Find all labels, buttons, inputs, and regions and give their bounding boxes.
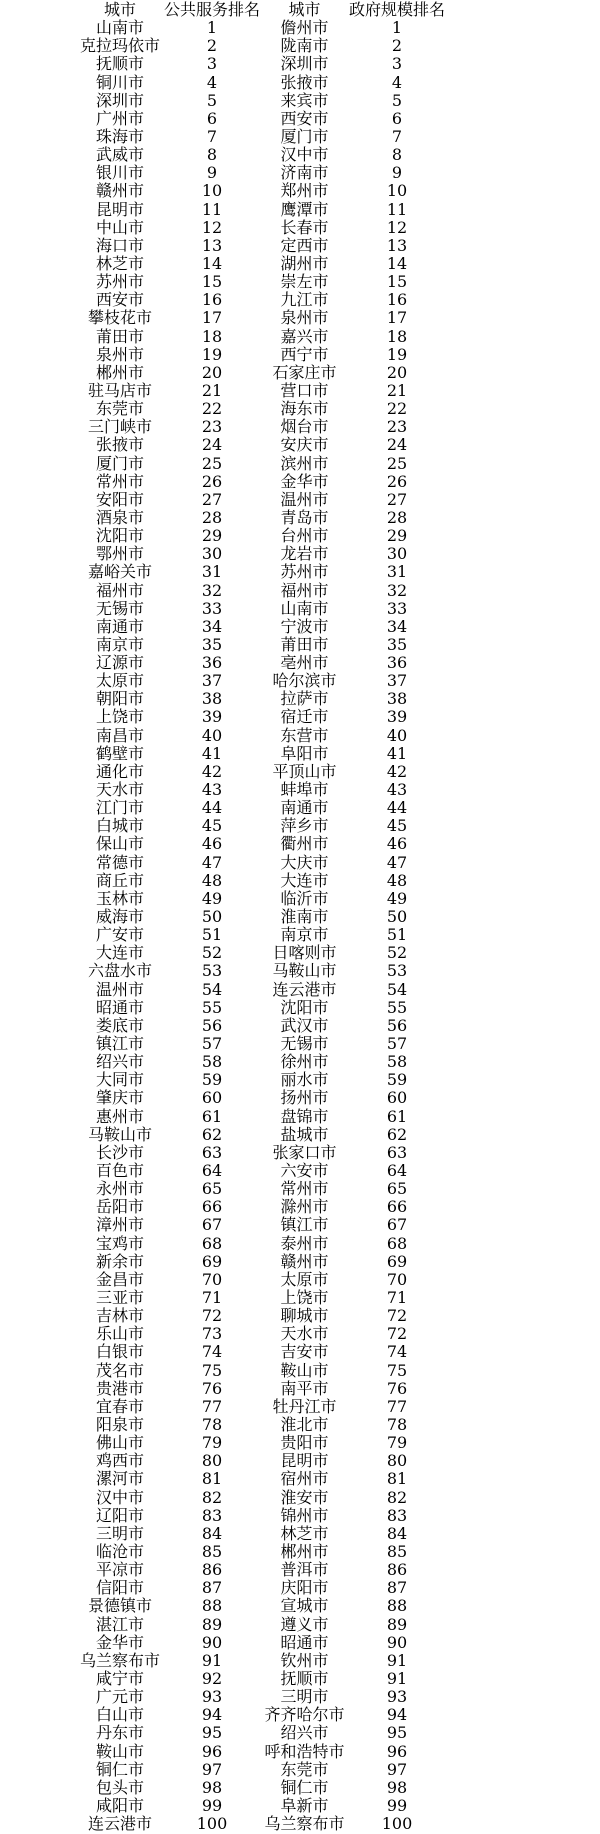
- city-cell-left: 广安市: [76, 926, 164, 944]
- public-service-rank-cell: 46: [164, 835, 260, 853]
- public-service-rank-cell: 39: [164, 708, 260, 726]
- table-row: 莆田市18嘉兴市18: [76, 328, 445, 346]
- table-row: 吉林市72聊城市72: [76, 1307, 445, 1325]
- table-row: 辽阳市83锦州市83: [76, 1507, 445, 1525]
- city-cell-right: 无锡市: [260, 1035, 349, 1053]
- public-service-rank-cell: 68: [164, 1235, 260, 1253]
- government-scale-rank-cell: 32: [349, 582, 445, 600]
- government-scale-rank-cell: 26: [349, 473, 445, 491]
- city-cell-left: 金华市: [76, 1634, 164, 1652]
- city-cell-right: 宿州市: [260, 1470, 349, 1488]
- public-service-rank-cell: 76: [164, 1380, 260, 1398]
- table-row: 金华市90昭通市90: [76, 1634, 445, 1652]
- city-cell-right: 钦州市: [260, 1652, 349, 1670]
- table-row: 乐山市73天水市72: [76, 1325, 445, 1343]
- table-row: 鹤壁市41阜阳市41: [76, 745, 445, 763]
- public-service-rank-cell: 58: [164, 1053, 260, 1071]
- public-service-rank-cell: 85: [164, 1543, 260, 1561]
- public-service-rank-cell: 8: [164, 146, 260, 164]
- public-service-rank-cell: 5: [164, 92, 260, 110]
- table-row: 威海市50淮南市50: [76, 908, 445, 926]
- city-cell-right: 呼和浩特市: [260, 1743, 349, 1761]
- city-cell-right: 六安市: [260, 1162, 349, 1180]
- city-cell-left: 包头市: [76, 1779, 164, 1797]
- table-row: 马鞍山市62盐城市62: [76, 1126, 445, 1144]
- city-cell-left: 辽源市: [76, 654, 164, 672]
- city-cell-left: 昭通市: [76, 999, 164, 1017]
- table-row: 郴州市20石家庄市20: [76, 364, 445, 382]
- government-scale-rank-cell: 24: [349, 436, 445, 454]
- table-row: 朝阳市38拉萨市38: [76, 690, 445, 708]
- table-row: 连云港市100乌兰察布市100: [76, 1815, 445, 1833]
- public-service-rank-cell: 16: [164, 291, 260, 309]
- public-service-rank-cell: 78: [164, 1416, 260, 1434]
- table-row: 佛山市79贵阳市79: [76, 1434, 445, 1452]
- city-cell-right: 南通市: [260, 799, 349, 817]
- city-cell-right: 临沂市: [260, 890, 349, 908]
- table-row: 广州市6西安市6: [76, 110, 445, 128]
- city-cell-right: 营口市: [260, 382, 349, 400]
- city-cell-left: 上饶市: [76, 708, 164, 726]
- city-cell-right: 湖州市: [260, 255, 349, 273]
- city-cell-right: 遵义市: [260, 1616, 349, 1634]
- city-cell-left: 三亚市: [76, 1289, 164, 1307]
- government-scale-rank-cell: 19: [349, 346, 445, 364]
- table-row: 天水市43蚌埠市43: [76, 781, 445, 799]
- government-scale-rank-cell: 62: [349, 1126, 445, 1144]
- table-row: 六盘水市53马鞍山市53: [76, 962, 445, 980]
- city-cell-right: 莆田市: [260, 636, 349, 654]
- city-cell-right: 盘锦市: [260, 1108, 349, 1126]
- city-cell-right: 徐州市: [260, 1053, 349, 1071]
- city-cell-left: 阳泉市: [76, 1416, 164, 1434]
- city-cell-right: 厦门市: [260, 128, 349, 146]
- city-cell-right: 拉萨市: [260, 690, 349, 708]
- public-service-rank-cell: 75: [164, 1362, 260, 1380]
- public-service-rank-cell: 63: [164, 1144, 260, 1162]
- city-cell-right: 林芝市: [260, 1525, 349, 1543]
- city-cell-left: 漯河市: [76, 1470, 164, 1488]
- city-cell-right: 齐齐哈尔市: [260, 1706, 349, 1724]
- table-row: 包头市98铜仁市98: [76, 1779, 445, 1797]
- government-scale-rank-cell: 48: [349, 872, 445, 890]
- city-cell-right: 抚顺市: [260, 1670, 349, 1688]
- city-cell-right: 昆明市: [260, 1452, 349, 1470]
- table-row: 大连市52日喀则市52: [76, 944, 445, 962]
- government-scale-rank-cell: 61: [349, 1108, 445, 1126]
- government-scale-rank-cell: 6: [349, 110, 445, 128]
- city-cell-left: 抚顺市: [76, 55, 164, 73]
- table-row: 克拉玛依市2陇南市2: [76, 37, 445, 55]
- table-row: 山南市1儋州市1: [76, 19, 445, 37]
- public-service-rank-cell: 57: [164, 1035, 260, 1053]
- government-scale-rank-cell: 94: [349, 1706, 445, 1724]
- table-row: 攀枝花市17泉州市17: [76, 309, 445, 327]
- city-cell-left: 金昌市: [76, 1271, 164, 1289]
- city-cell-right: 张掖市: [260, 74, 349, 92]
- public-service-rank-cell: 62: [164, 1126, 260, 1144]
- public-service-rank-cell: 49: [164, 890, 260, 908]
- government-scale-rank-cell: 49: [349, 890, 445, 908]
- city-cell-left: 宜春市: [76, 1398, 164, 1416]
- public-service-rank-cell: 24: [164, 436, 260, 454]
- government-scale-rank-cell: 60: [349, 1089, 445, 1107]
- column-header-public-service-rank: 公共服务排名: [164, 1, 260, 19]
- government-scale-rank-cell: 30: [349, 545, 445, 563]
- government-scale-rank-cell: 7: [349, 128, 445, 146]
- city-cell-right: 吉安市: [260, 1343, 349, 1361]
- city-cell-right: 南京市: [260, 926, 349, 944]
- city-cell-right: 普洱市: [260, 1561, 349, 1579]
- public-service-rank-cell: 15: [164, 273, 260, 291]
- city-cell-left: 泉州市: [76, 346, 164, 364]
- table-row: 镇江市57无锡市57: [76, 1035, 445, 1053]
- table-row: 玉林市49临沂市49: [76, 890, 445, 908]
- city-cell-right: 平顶山市: [260, 763, 349, 781]
- public-service-rank-cell: 91: [164, 1652, 260, 1670]
- government-scale-rank-cell: 84: [349, 1525, 445, 1543]
- city-cell-right: 淮北市: [260, 1416, 349, 1434]
- government-scale-rank-cell: 1: [349, 19, 445, 37]
- government-scale-rank-cell: 72: [349, 1325, 445, 1343]
- government-scale-rank-cell: 15: [349, 273, 445, 291]
- government-scale-rank-cell: 20: [349, 364, 445, 382]
- government-scale-rank-cell: 85: [349, 1543, 445, 1561]
- public-service-rank-cell: 67: [164, 1216, 260, 1234]
- public-service-rank-cell: 14: [164, 255, 260, 273]
- government-scale-rank-cell: 59: [349, 1071, 445, 1089]
- city-cell-right: 郴州市: [260, 1543, 349, 1561]
- city-cell-left: 乐山市: [76, 1325, 164, 1343]
- government-scale-rank-cell: 90: [349, 1634, 445, 1652]
- public-service-rank-cell: 44: [164, 799, 260, 817]
- table-row: 白城市45萍乡市45: [76, 817, 445, 835]
- city-cell-right: 聊城市: [260, 1307, 349, 1325]
- city-cell-left: 大连市: [76, 944, 164, 962]
- public-service-rank-cell: 42: [164, 763, 260, 781]
- city-cell-left: 安阳市: [76, 491, 164, 509]
- public-service-rank-cell: 82: [164, 1489, 260, 1507]
- city-cell-left: 三门峡市: [76, 418, 164, 436]
- public-service-rank-cell: 98: [164, 1779, 260, 1797]
- city-cell-right: 台州市: [260, 527, 349, 545]
- table-row: 长沙市63张家口市63: [76, 1144, 445, 1162]
- government-scale-rank-cell: 40: [349, 727, 445, 745]
- city-cell-right: 绍兴市: [260, 1724, 349, 1742]
- government-scale-rank-cell: 13: [349, 237, 445, 255]
- public-service-rank-cell: 83: [164, 1507, 260, 1525]
- public-service-rank-cell: 96: [164, 1743, 260, 1761]
- public-service-rank-cell: 69: [164, 1253, 260, 1271]
- table-row: 赣州市10郑州市10: [76, 182, 445, 200]
- city-cell-left: 南通市: [76, 618, 164, 636]
- table-row: 福州市32福州市32: [76, 582, 445, 600]
- table-row: 林芝市14湖州市14: [76, 255, 445, 273]
- city-cell-left: 绍兴市: [76, 1053, 164, 1071]
- government-scale-rank-cell: 80: [349, 1452, 445, 1470]
- public-service-rank-cell: 38: [164, 690, 260, 708]
- table-row: 汉中市82淮安市82: [76, 1489, 445, 1507]
- table-row: 东莞市22海东市22: [76, 400, 445, 418]
- public-service-rank-cell: 1: [164, 19, 260, 37]
- table-row: 绍兴市58徐州市58: [76, 1053, 445, 1071]
- city-cell-left: 佛山市: [76, 1434, 164, 1452]
- table-row: 中山市12长春市12: [76, 219, 445, 237]
- table-row: 常州市26金华市26: [76, 473, 445, 491]
- public-service-rank-cell: 47: [164, 854, 260, 872]
- table-row: 苏州市15崇左市15: [76, 273, 445, 291]
- government-scale-rank-cell: 10: [349, 182, 445, 200]
- government-scale-rank-cell: 45: [349, 817, 445, 835]
- table-row: 珠海市7厦门市7: [76, 128, 445, 146]
- city-cell-right: 扬州市: [260, 1089, 349, 1107]
- city-cell-right: 天水市: [260, 1325, 349, 1343]
- table-row: 常德市47大庆市47: [76, 854, 445, 872]
- government-scale-rank-cell: 95: [349, 1724, 445, 1742]
- government-scale-rank-cell: 100: [349, 1815, 445, 1833]
- government-scale-rank-cell: 14: [349, 255, 445, 273]
- public-service-rank-cell: 35: [164, 636, 260, 654]
- public-service-rank-cell: 10: [164, 182, 260, 200]
- city-cell-left: 肇庆市: [76, 1089, 164, 1107]
- public-service-rank-cell: 37: [164, 672, 260, 690]
- public-service-rank-cell: 45: [164, 817, 260, 835]
- table-row: 阳泉市78淮北市78: [76, 1416, 445, 1434]
- public-service-rank-cell: 11: [164, 201, 260, 219]
- table-row: 南通市34宁波市34: [76, 618, 445, 636]
- city-cell-right: 蚌埠市: [260, 781, 349, 799]
- government-scale-rank-cell: 25: [349, 455, 445, 473]
- table-row: 宜春市77牡丹江市77: [76, 1398, 445, 1416]
- city-cell-right: 淮安市: [260, 1489, 349, 1507]
- public-service-rank-cell: 53: [164, 962, 260, 980]
- public-service-rank-cell: 21: [164, 382, 260, 400]
- city-cell-right: 山南市: [260, 600, 349, 618]
- government-scale-rank-cell: 52: [349, 944, 445, 962]
- city-cell-right: 陇南市: [260, 37, 349, 55]
- government-scale-rank-cell: 44: [349, 799, 445, 817]
- city-cell-right: 石家庄市: [260, 364, 349, 382]
- city-cell-right: 西宁市: [260, 346, 349, 364]
- government-scale-rank-cell: 98: [349, 1779, 445, 1797]
- city-cell-left: 玉林市: [76, 890, 164, 908]
- city-cell-left: 驻马店市: [76, 382, 164, 400]
- government-scale-rank-cell: 78: [349, 1416, 445, 1434]
- government-scale-rank-cell: 18: [349, 328, 445, 346]
- table-row: 酒泉市28青岛市28: [76, 509, 445, 527]
- city-cell-left: 乌兰察布市: [76, 1652, 164, 1670]
- city-cell-left: 鸡西市: [76, 1452, 164, 1470]
- city-cell-left: 漳州市: [76, 1216, 164, 1234]
- government-scale-rank-cell: 41: [349, 745, 445, 763]
- city-cell-left: 鄂州市: [76, 545, 164, 563]
- city-cell-left: 广元市: [76, 1688, 164, 1706]
- city-cell-left: 惠州市: [76, 1108, 164, 1126]
- government-scale-rank-cell: 75: [349, 1362, 445, 1380]
- public-service-rank-cell: 86: [164, 1561, 260, 1579]
- public-service-rank-cell: 2: [164, 37, 260, 55]
- city-cell-left: 鞍山市: [76, 1743, 164, 1761]
- city-cell-left: 茂名市: [76, 1362, 164, 1380]
- city-cell-right: 太原市: [260, 1271, 349, 1289]
- city-cell-right: 赣州市: [260, 1253, 349, 1271]
- header-row: 城市 公共服务排名 城市 政府规模排名: [76, 1, 445, 19]
- table-row: 深圳市5来宾市5: [76, 92, 445, 110]
- city-cell-left: 海口市: [76, 237, 164, 255]
- public-service-rank-cell: 70: [164, 1271, 260, 1289]
- table-row: 咸阳市99阜新市99: [76, 1797, 445, 1815]
- public-service-rank-cell: 41: [164, 745, 260, 763]
- city-cell-left: 温州市: [76, 981, 164, 999]
- city-cell-left: 丹东市: [76, 1724, 164, 1742]
- government-scale-rank-cell: 72: [349, 1307, 445, 1325]
- table-row: 张掖市24安庆市24: [76, 436, 445, 454]
- government-scale-rank-cell: 17: [349, 309, 445, 327]
- public-service-rank-cell: 28: [164, 509, 260, 527]
- public-service-rank-cell: 88: [164, 1597, 260, 1615]
- city-cell-right: 汉中市: [260, 146, 349, 164]
- government-scale-rank-cell: 37: [349, 672, 445, 690]
- public-service-rank-cell: 95: [164, 1724, 260, 1742]
- city-cell-right: 鞍山市: [260, 1362, 349, 1380]
- city-cell-right: 福州市: [260, 582, 349, 600]
- table-row: 太原市37哈尔滨市37: [76, 672, 445, 690]
- table-row: 白山市94齐齐哈尔市94: [76, 1706, 445, 1724]
- city-cell-right: 大连市: [260, 872, 349, 890]
- public-service-rank-cell: 20: [164, 364, 260, 382]
- city-cell-left: 马鞍山市: [76, 1126, 164, 1144]
- city-cell-left: 东莞市: [76, 400, 164, 418]
- city-cell-right: 青岛市: [260, 509, 349, 527]
- city-cell-right: 宣城市: [260, 1597, 349, 1615]
- city-cell-right: 武汉市: [260, 1017, 349, 1035]
- government-scale-rank-cell: 22: [349, 400, 445, 418]
- public-service-rank-cell: 64: [164, 1162, 260, 1180]
- city-cell-left: 白山市: [76, 1706, 164, 1724]
- city-cell-left: 南昌市: [76, 727, 164, 745]
- government-scale-rank-cell: 96: [349, 1743, 445, 1761]
- city-cell-left: 咸宁市: [76, 1670, 164, 1688]
- city-cell-right: 宁波市: [260, 618, 349, 636]
- public-service-rank-cell: 71: [164, 1289, 260, 1307]
- city-cell-left: 辽阳市: [76, 1507, 164, 1525]
- public-service-rank-cell: 100: [164, 1815, 260, 1833]
- public-service-rank-cell: 77: [164, 1398, 260, 1416]
- city-cell-left: 福州市: [76, 582, 164, 600]
- city-cell-left: 酒泉市: [76, 509, 164, 527]
- public-service-rank-cell: 34: [164, 618, 260, 636]
- city-cell-right: 哈尔滨市: [260, 672, 349, 690]
- city-cell-right: 贵阳市: [260, 1434, 349, 1452]
- government-scale-rank-cell: 93: [349, 1688, 445, 1706]
- government-scale-rank-cell: 16: [349, 291, 445, 309]
- table-row: 岳阳市66滁州市66: [76, 1198, 445, 1216]
- city-cell-left: 吉林市: [76, 1307, 164, 1325]
- government-scale-rank-cell: 88: [349, 1597, 445, 1615]
- government-scale-rank-cell: 57: [349, 1035, 445, 1053]
- government-scale-rank-cell: 79: [349, 1434, 445, 1452]
- table-row: 鸡西市80昆明市80: [76, 1452, 445, 1470]
- city-rankings-table: 城市 公共服务排名 城市 政府规模排名 山南市1儋州市1克拉玛依市2陇南市2抚顺…: [76, 1, 445, 1833]
- table-row: 广安市51南京市51: [76, 926, 445, 944]
- city-cell-right: 定西市: [260, 237, 349, 255]
- city-cell-left: 南京市: [76, 636, 164, 654]
- government-scale-rank-cell: 70: [349, 1271, 445, 1289]
- table-row: 银川市9济南市9: [76, 164, 445, 182]
- table-row: 鞍山市96呼和浩特市96: [76, 1743, 445, 1761]
- government-scale-rank-cell: 11: [349, 201, 445, 219]
- government-scale-rank-cell: 38: [349, 690, 445, 708]
- table-row: 平凉市86普洱市86: [76, 1561, 445, 1579]
- table-row: 辽源市36亳州市36: [76, 654, 445, 672]
- table-row: 丹东市95绍兴市95: [76, 1724, 445, 1742]
- public-service-rank-cell: 51: [164, 926, 260, 944]
- government-scale-rank-cell: 97: [349, 1761, 445, 1779]
- public-service-rank-cell: 7: [164, 128, 260, 146]
- table-row: 漯河市81宿州市81: [76, 1470, 445, 1488]
- government-scale-rank-cell: 27: [349, 491, 445, 509]
- column-header-city-left: 城市: [76, 1, 164, 19]
- government-scale-rank-cell: 36: [349, 654, 445, 672]
- public-service-rank-cell: 56: [164, 1017, 260, 1035]
- government-scale-rank-cell: 82: [349, 1489, 445, 1507]
- city-cell-right: 常州市: [260, 1180, 349, 1198]
- public-service-rank-cell: 36: [164, 654, 260, 672]
- table-row: 三明市84林芝市84: [76, 1525, 445, 1543]
- city-cell-right: 阜阳市: [260, 745, 349, 763]
- table-row: 昆明市11鹰潭市11: [76, 201, 445, 219]
- city-cell-left: 白银市: [76, 1343, 164, 1361]
- table-row: 惠州市61盘锦市61: [76, 1108, 445, 1126]
- public-service-rank-cell: 99: [164, 1797, 260, 1815]
- government-scale-rank-cell: 9: [349, 164, 445, 182]
- city-cell-left: 苏州市: [76, 273, 164, 291]
- table-row: 白银市74吉安市74: [76, 1343, 445, 1361]
- public-service-rank-cell: 87: [164, 1579, 260, 1597]
- city-cell-right: 滨州市: [260, 455, 349, 473]
- government-scale-rank-cell: 58: [349, 1053, 445, 1071]
- city-cell-right: 上饶市: [260, 1289, 349, 1307]
- public-service-rank-cell: 97: [164, 1761, 260, 1779]
- city-cell-left: 莆田市: [76, 328, 164, 346]
- public-service-rank-cell: 30: [164, 545, 260, 563]
- public-service-rank-cell: 32: [164, 582, 260, 600]
- city-cell-left: 铜仁市: [76, 1761, 164, 1779]
- table-row: 贵港市76南平市76: [76, 1380, 445, 1398]
- city-cell-left: 平凉市: [76, 1561, 164, 1579]
- city-cell-right: 苏州市: [260, 563, 349, 581]
- table-row: 大同市59丽水市59: [76, 1071, 445, 1089]
- city-cell-left: 银川市: [76, 164, 164, 182]
- table-row: 咸宁市92抚顺市91: [76, 1670, 445, 1688]
- city-cell-right: 亳州市: [260, 654, 349, 672]
- city-cell-left: 娄底市: [76, 1017, 164, 1035]
- city-cell-left: 江门市: [76, 799, 164, 817]
- government-scale-rank-cell: 83: [349, 1507, 445, 1525]
- city-cell-left: 镇江市: [76, 1035, 164, 1053]
- public-service-rank-cell: 13: [164, 237, 260, 255]
- table-row: 新余市69赣州市69: [76, 1253, 445, 1271]
- city-cell-left: 常德市: [76, 854, 164, 872]
- table-row: 上饶市39宿迁市39: [76, 708, 445, 726]
- government-scale-rank-cell: 68: [349, 1235, 445, 1253]
- city-cell-left: 珠海市: [76, 128, 164, 146]
- government-scale-rank-cell: 56: [349, 1017, 445, 1035]
- city-cell-right: 九江市: [260, 291, 349, 309]
- government-scale-rank-cell: 47: [349, 854, 445, 872]
- public-service-rank-cell: 9: [164, 164, 260, 182]
- government-scale-rank-cell: 21: [349, 382, 445, 400]
